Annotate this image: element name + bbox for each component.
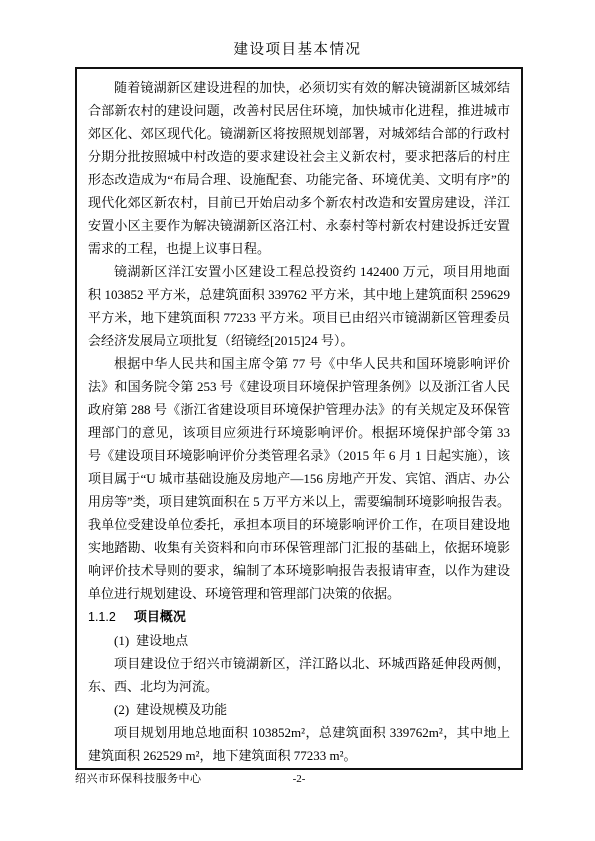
content-table: 随着镜湖新区建设进程的加快，必须切实有效的解决镜湖新区城郊结合部新农村的建设问题… (75, 67, 523, 770)
item-2-body: 项目规划用地总地面积 103852m²，总建筑面积 339762m²，其中地上建… (88, 721, 510, 767)
item-1-heading: (1)建设地点 (88, 629, 510, 652)
paragraph-regulations: 根据中华人民共和国主席令第 77 号《中华人民共和国环境影响评价法》和国务院令第… (88, 352, 510, 605)
item-1-body: 项目建设位于绍兴市镜湖新区，洋江路以北、环城西路延伸段两侧，东、西、北均为河流。 (88, 652, 510, 698)
item-2-title: 建设规模及功能 (136, 702, 227, 717)
item-2-heading: (2)建设规模及功能 (88, 698, 510, 721)
section-heading-number: 1.1.2 (88, 610, 116, 624)
paragraph-investment: 镜湖新区洋江安置小区建设工程总投资约 142400 万元，项目用地面积 1038… (88, 260, 510, 352)
document-title: 建设项目基本情况 (0, 38, 595, 59)
item-1-title: 建设地点 (136, 633, 188, 648)
document-page: 建设项目基本情况 随着镜湖新区建设进程的加快，必须切实有效的解决镜湖新区城郊结合… (0, 0, 595, 841)
item-2-label: (2) (114, 702, 129, 717)
section-heading: 1.1.2项目概况 (88, 605, 510, 629)
footer-organization: 绍兴市环保科技服务中心 (75, 772, 202, 786)
closing-line: 本项目主要技术经济指标见表 1.1-1。 (88, 767, 510, 770)
footer-page-number: -2- (293, 772, 306, 786)
section-heading-title: 项目概况 (134, 609, 186, 624)
paragraph-background: 随着镜湖新区建设进程的加快，必须切实有效的解决镜湖新区城郊结合部新农村的建设问题… (88, 76, 510, 260)
item-1-label: (1) (114, 633, 129, 648)
